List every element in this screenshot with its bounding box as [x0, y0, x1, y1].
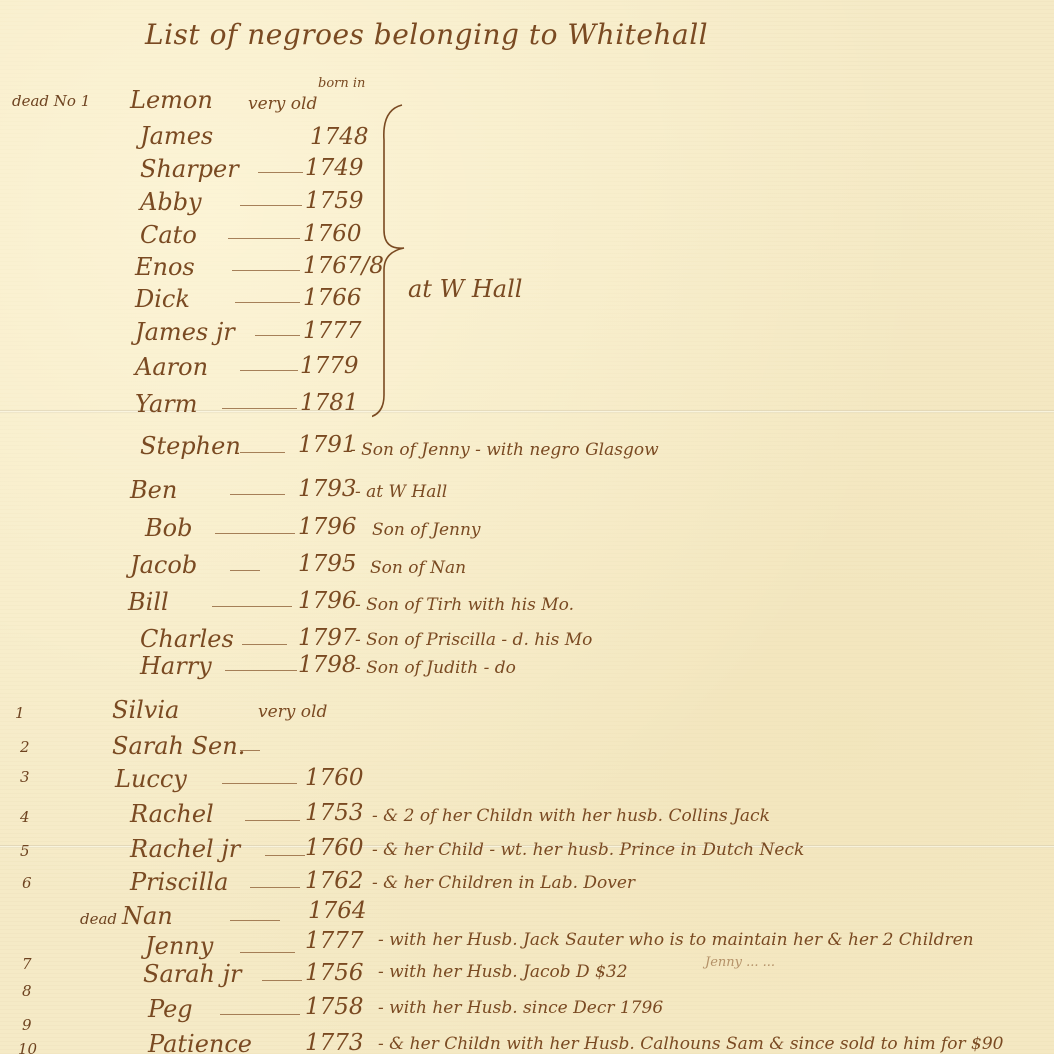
entry-year: 1798 [298, 652, 357, 678]
entry-note: - Son of Judith - do [355, 658, 516, 678]
entry-number: 9 [22, 1016, 32, 1034]
entry-number: dead [80, 910, 117, 928]
entry-name: Jenny [145, 932, 213, 960]
entry-name: Harry [140, 652, 212, 680]
entry-year: 1796 [298, 514, 357, 540]
entry-year: 1760 [305, 765, 364, 791]
entry-name: Charles [140, 625, 234, 653]
entry-name: Rachel jr [130, 835, 240, 863]
entry-name: James jr [135, 318, 235, 346]
column-header-born: born in [318, 76, 365, 91]
entry-name: Stephen [140, 432, 241, 460]
entry-year: 1777 [303, 318, 362, 344]
entry-number: 4 [20, 808, 30, 826]
entry-year: 1749 [305, 155, 364, 181]
page-title: List of negroes belonging to Whitehall [145, 18, 708, 51]
brace-bracket [372, 100, 412, 425]
entry-name: Aaron [135, 353, 208, 381]
entry-note: Son of Nan [370, 558, 466, 578]
entry-note: - at W Hall [355, 482, 447, 502]
entry-note: - Son of Jenny - with negro Glasgow [350, 440, 659, 460]
entry-year: 1762 [305, 868, 364, 894]
entry-note: - Son of Priscilla - d. his Mo [355, 630, 592, 650]
entry-note: - with her Husb. since Decr 1796 [378, 998, 663, 1018]
entry-note: - with her Husb. Jack Sauter who is to m… [378, 930, 974, 950]
entry-year: 1797 [298, 625, 357, 651]
entry-name: Cato [140, 221, 197, 249]
entry-year: 1756 [305, 960, 364, 986]
entry-name: Silvia [112, 696, 179, 724]
entry-year: 1764 [308, 898, 367, 924]
entry-year: 1777 [305, 928, 364, 954]
entry-year: 1753 [305, 800, 364, 826]
entry-year: 1791 [298, 432, 357, 458]
entry-year: 1779 [300, 353, 359, 379]
group-note: at W Hall [408, 275, 522, 303]
entry-year: 1760 [303, 221, 362, 247]
entry-note: - & her Children in Lab. Dover [372, 873, 635, 893]
entry-name: Bob [145, 514, 192, 542]
entry-name: Abby [140, 188, 202, 216]
entry-name: Dick [135, 285, 190, 313]
entry-name: Sarah Sen. [112, 732, 245, 760]
entry-number: 10 [18, 1040, 37, 1054]
entry-name: Bill [128, 588, 169, 616]
entry-name: Lemon [130, 86, 213, 114]
entry-year: 1748 [310, 124, 369, 150]
entry-name: Nan [122, 902, 173, 930]
entry-number: 7 [22, 955, 32, 973]
entry-name: Ben [130, 476, 177, 504]
entry-year: 1796 [298, 588, 357, 614]
entry-note: Son of Jenny [372, 520, 481, 540]
entry-name: Peg [148, 995, 193, 1023]
entry-name: Rachel [130, 800, 214, 828]
entry-year: very old [248, 94, 317, 114]
entry-name: Sarah jr [143, 960, 242, 988]
entry-year: 1758 [305, 994, 364, 1020]
entry-year: very old [258, 702, 327, 722]
entry-year: 1795 [298, 551, 357, 577]
entry-year: 1766 [303, 285, 362, 311]
entry-name: Luccy [115, 765, 187, 793]
entry-name: Jacob [130, 551, 197, 579]
entry-note: - & her Child - wt. her husb. Prince in … [372, 840, 804, 860]
entry-number: 6 [22, 874, 32, 892]
entry-name: Sharper [140, 155, 239, 183]
entry-note: - with her Husb. Jacob D $32 [378, 962, 628, 982]
entry-number: 1 [15, 704, 25, 722]
entry-name: Priscilla [130, 868, 228, 896]
faint-annotation: Jenny ... ... [705, 955, 775, 970]
entry-year: 1760 [305, 835, 364, 861]
entry-year: 1781 [300, 390, 359, 416]
entry-year: 1773 [305, 1030, 364, 1054]
entry-note: - Son of Tirh with his Mo. [355, 595, 574, 615]
margin-label: dead No 1 [12, 92, 90, 110]
entry-number: 5 [20, 842, 30, 860]
manuscript-page: List of negroes belonging to Whitehall b… [0, 0, 1054, 1054]
entry-year: 1759 [305, 188, 364, 214]
entry-note: - & her Childn with her Husb. Calhouns S… [378, 1034, 1003, 1054]
entry-number: 3 [20, 768, 30, 786]
entry-name: Yarm [135, 390, 198, 418]
entry-name: Patience [148, 1030, 252, 1054]
entry-note: - & 2 of her Childn with her husb. Colli… [372, 806, 770, 826]
entry-number: 8 [22, 982, 32, 1000]
entry-name: Enos [135, 253, 195, 281]
entry-number: 2 [20, 738, 30, 756]
entry-name: James [140, 122, 213, 150]
entry-year: 1793 [298, 476, 357, 502]
